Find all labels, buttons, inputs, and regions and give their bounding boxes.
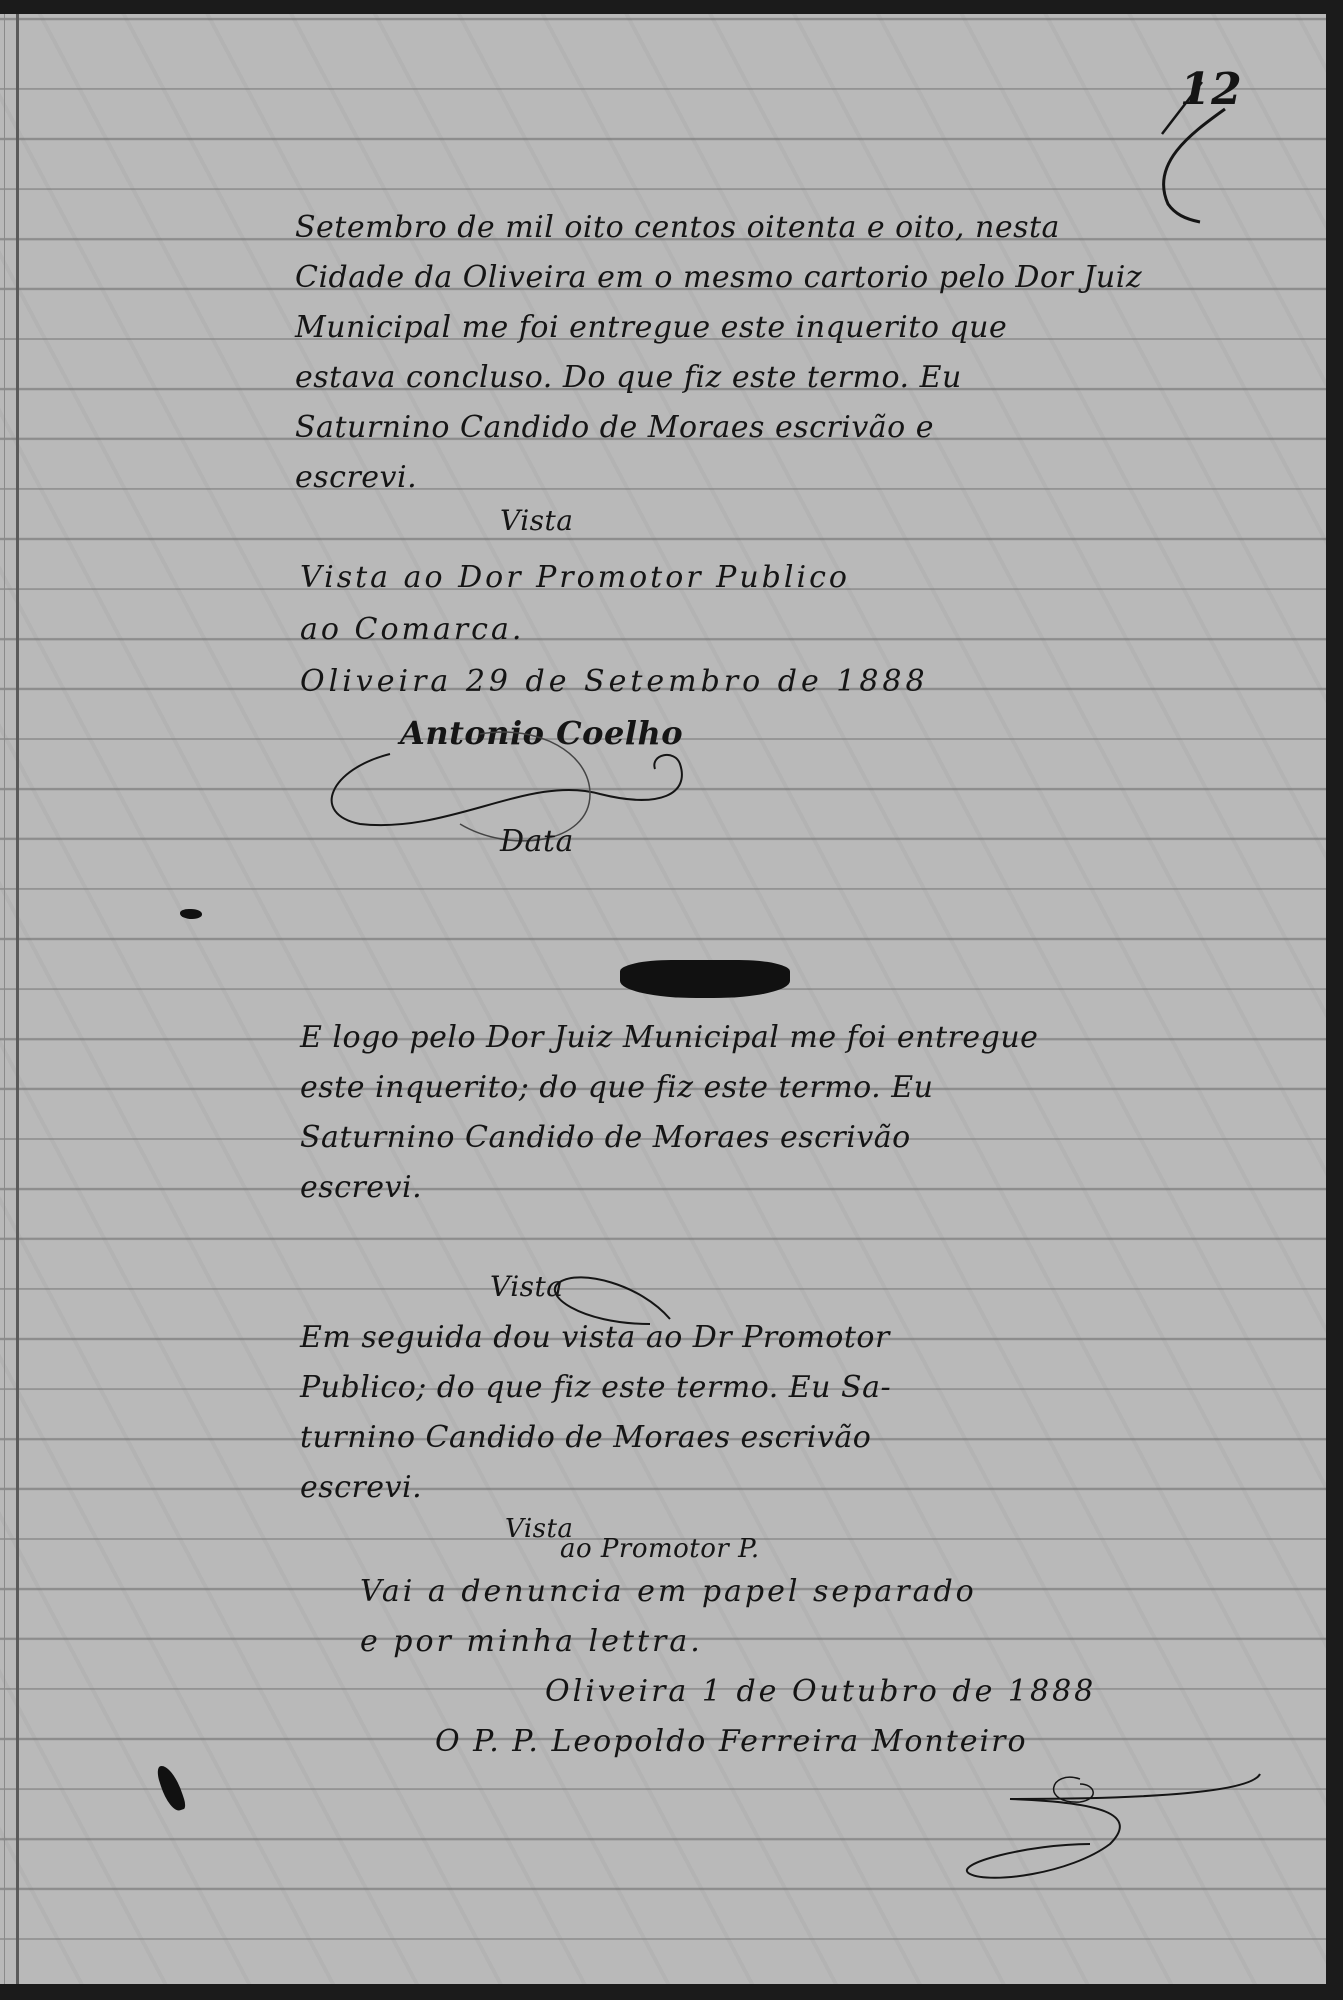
text-line: Saturnino Candido de Moraes escrivão e <box>295 410 934 445</box>
ink-blot <box>180 909 202 919</box>
manuscript-page: 12 Setembro de mil oito centos oitenta e… <box>0 14 1326 1984</box>
text-line: E logo pelo Dor Juiz Municipal me foi en… <box>300 1020 1038 1055</box>
text-line: Publico; do que fiz este termo. Eu Sa- <box>300 1370 891 1405</box>
ink-stain <box>620 960 790 998</box>
text-line: ao Comarca. <box>300 612 524 647</box>
section-heading: Data <box>500 824 574 859</box>
text-line: Saturnino Candido de Moraes escrivão <box>300 1120 911 1155</box>
signature-flourish-icon <box>930 1774 1270 1884</box>
text-line: este inquerito; do que fiz este termo. E… <box>300 1070 933 1105</box>
ink-mark <box>155 1762 187 1813</box>
margin-rule <box>16 14 19 1984</box>
text-line: escrevi. <box>300 1170 422 1205</box>
text-line: Em seguida dou vista ao Dr Promotor <box>300 1320 890 1355</box>
text-line: turnino Candido de Moraes escrivão <box>300 1420 871 1455</box>
text-line: escrevi. <box>300 1470 422 1505</box>
text-line: escrevi. <box>295 460 417 495</box>
date-line: Oliveira 29 de Setembro de 1888 <box>300 664 929 699</box>
text-line: estava concluso. Do que fiz este termo. … <box>295 360 962 395</box>
section-heading: Vista <box>500 504 574 537</box>
text-line: Vai a denuncia em papel separado <box>360 1574 977 1609</box>
text-line: e por minha lettra. <box>360 1624 703 1659</box>
text-line: Setembro de mil oito centos oitenta e oi… <box>295 210 1060 245</box>
text-line: Vista ao Dor Promotor Publico <box>300 560 850 595</box>
signature: O P. P. Leopoldo Ferreira Monteiro <box>435 1724 1028 1759</box>
page-edge-rule <box>4 14 5 1984</box>
text-line: Municipal me foi entregue este inquerito… <box>295 310 1007 345</box>
folio-flourish-icon <box>1150 54 1250 224</box>
heading-note: ao Promotor P. <box>560 1534 760 1564</box>
date-line: Oliveira 1 de Outubro de 1888 <box>545 1674 1096 1709</box>
text-line: Cidade da Oliveira em o mesmo cartorio p… <box>295 260 1142 295</box>
